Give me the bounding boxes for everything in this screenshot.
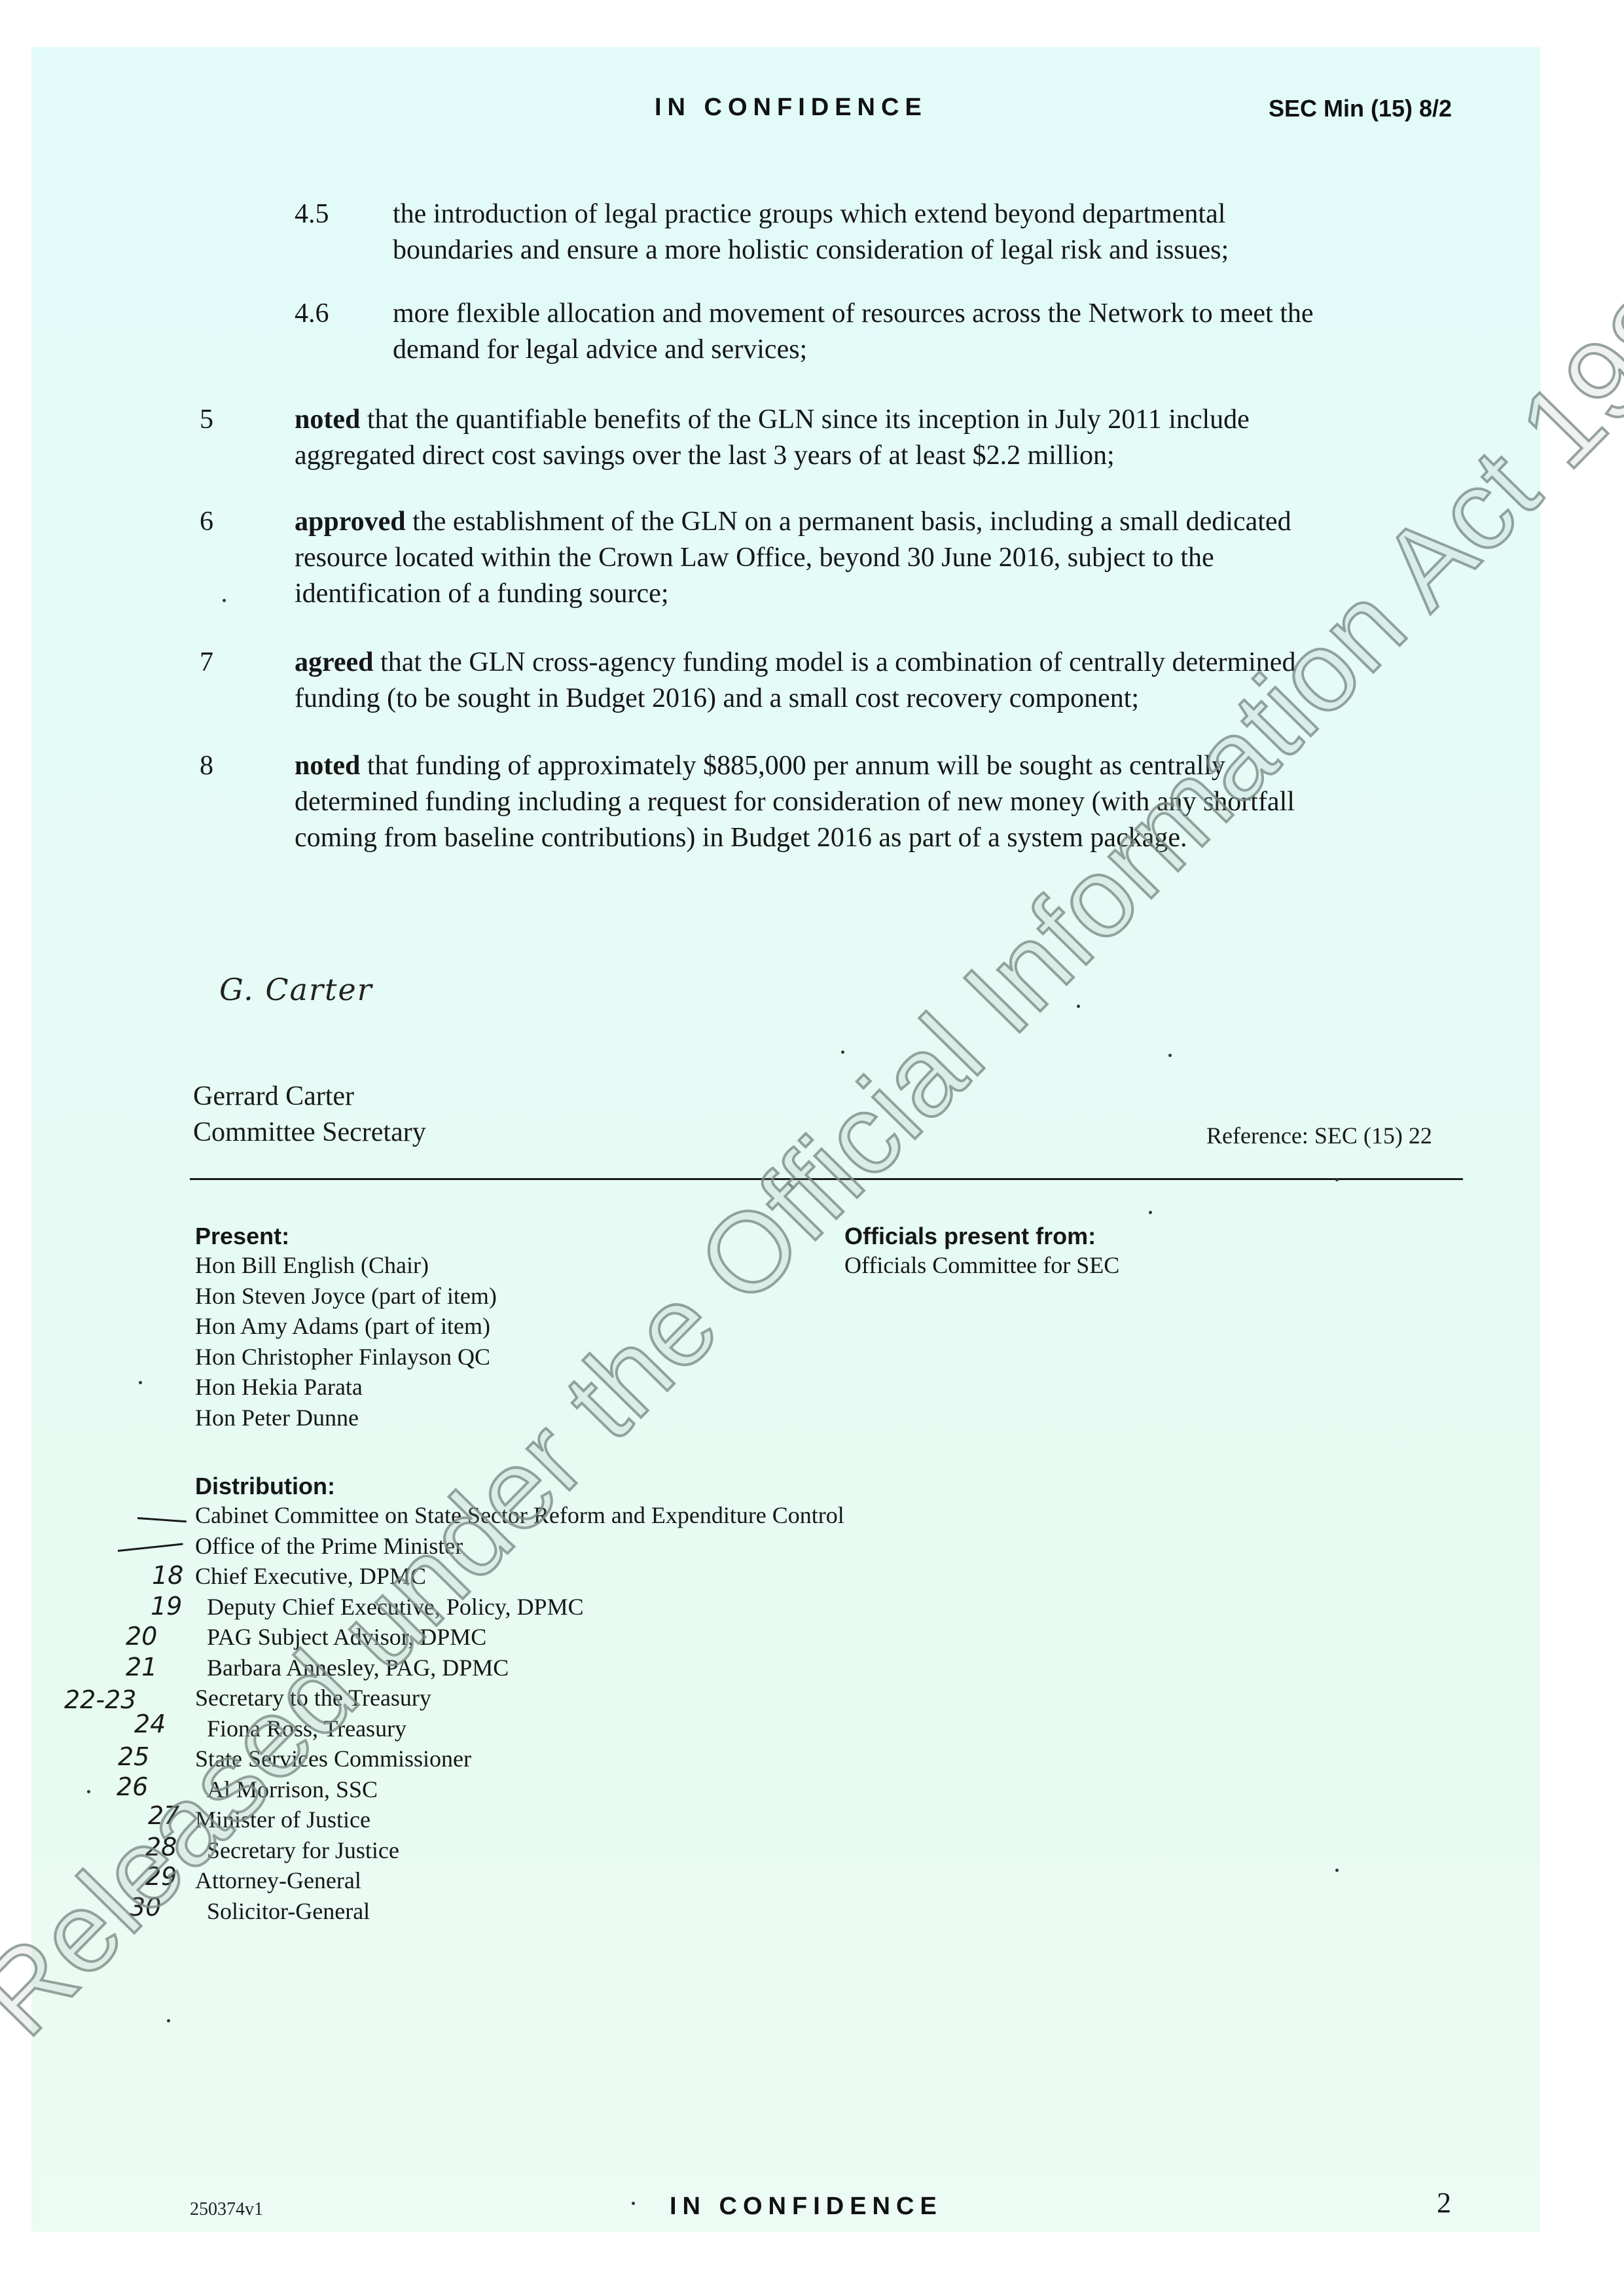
paragraph-text: approved the establishment of the GLN on… [295, 504, 1460, 612]
paragraph-number: 6 [200, 504, 213, 540]
paragraph-number: 7 [200, 645, 213, 681]
text-line: boundaries and ensure a more holistic co… [393, 232, 1506, 268]
handwritten-number: 27 [148, 1801, 179, 1830]
present-list: Hon Bill English (Chair) Hon Steven Joyc… [195, 1250, 497, 1433]
handwritten-number: 22-23 [64, 1685, 136, 1714]
list-item: Cabinet Committee on State Sector Reform… [195, 1500, 844, 1531]
list-item: Al Morrison, SSC [195, 1774, 844, 1805]
scan-speck [1077, 1005, 1080, 1008]
signatory-name: Gerrard Carter [193, 1079, 354, 1115]
list-item: Chief Executive, DPMC [195, 1561, 844, 1592]
list-item: Solicitor-General [195, 1896, 844, 1927]
paragraph-text: noted that the quantifiable benefits of … [295, 402, 1460, 474]
handwritten-signature: G. Carter [219, 972, 373, 1007]
committee-reference: Reference: SEC (15) 22 [1206, 1122, 1432, 1149]
scan-speck [1149, 1211, 1152, 1214]
list-item: Hon Steven Joyce (part of item) [195, 1281, 497, 1312]
text-line: more flexible allocation and movement of… [393, 296, 1506, 332]
distribution-list: Cabinet Committee on State Sector Reform… [195, 1500, 844, 1926]
list-item: Minister of Justice [195, 1804, 844, 1835]
list-item: Hon Bill English (Chair) [195, 1250, 497, 1281]
text-line: noted that funding of approximately $885… [295, 748, 1460, 784]
list-item: Secretary for Justice [195, 1835, 844, 1866]
sub-paragraph-number: 4.5 [295, 196, 329, 232]
text-line: noted that the quantifiable benefits of … [295, 402, 1460, 438]
distribution-heading: Distribution: [195, 1473, 335, 1500]
text-line: approved the establishment of the GLN on… [295, 504, 1460, 540]
text-line: demand for legal advice and services; [393, 332, 1506, 368]
scan-speck [87, 1790, 90, 1793]
footer-classification: IN CONFIDENCE [670, 2193, 943, 2221]
present-heading: Present: [195, 1223, 289, 1250]
handwritten-number: 18 [152, 1561, 183, 1590]
text-line: agreed that the GLN cross-agency funding… [295, 645, 1460, 681]
text-line: identification of a funding source; [295, 576, 1460, 612]
handwritten-number: 29 [145, 1862, 177, 1891]
scan-speck [167, 2019, 170, 2022]
decision-keyword: noted [295, 751, 360, 781]
text-line: resource located within the Crown Law Of… [295, 540, 1460, 576]
list-item: PAG Subject Advisor, DPMC [195, 1622, 844, 1653]
list-item: Fiona Ross, Treasury [195, 1713, 844, 1744]
paragraph-text: noted that funding of approximately $885… [295, 748, 1460, 856]
footer-document-id: 250374v1 [190, 2199, 263, 2220]
decision-keyword: noted [295, 404, 360, 435]
list-item: Hon Peter Dunne [195, 1403, 497, 1433]
scan-speck [1168, 1054, 1172, 1057]
handwritten-number: 20 [126, 1622, 157, 1651]
handwritten-number: 19 [151, 1592, 182, 1621]
officials-heading: Officials present from: [844, 1223, 1096, 1250]
divider-rule [190, 1178, 1463, 1180]
text-line: coming from baseline contributions) in B… [295, 820, 1460, 856]
list-item: Deputy Chief Executive, Policy, DPMC [195, 1592, 844, 1623]
handwritten-number: 26 [117, 1772, 148, 1801]
decision-keyword: agreed [295, 647, 374, 677]
list-item: Hon Christopher Finlayson QC [195, 1342, 497, 1372]
list-item: Attorney-General [195, 1865, 844, 1896]
text-line: determined funding including a request f… [295, 784, 1460, 820]
scan-speck [841, 1050, 844, 1054]
text-line: the introduction of legal practice group… [393, 196, 1506, 232]
paragraph-number: 5 [200, 402, 213, 438]
decision-keyword: approved [295, 507, 406, 537]
list-item: Office of the Prime Minister [195, 1531, 844, 1562]
scan-speck [223, 599, 226, 602]
handwritten-number: 24 [134, 1710, 166, 1738]
paragraph-number: 8 [200, 748, 213, 784]
handwritten-number: 25 [118, 1742, 149, 1771]
list-item: Barbara Annesley, PAG, DPMC [195, 1653, 844, 1683]
page-number: 2 [1437, 2186, 1451, 2219]
text-line: aggregated direct cost savings over the … [295, 438, 1460, 474]
signatory-title: Committee Secretary [193, 1115, 426, 1151]
scan-speck [1335, 1869, 1339, 1872]
sub-paragraph-number: 4.6 [295, 296, 329, 332]
scan-speck [1335, 1178, 1339, 1181]
scan-speck [632, 2202, 635, 2205]
list-item: Officials Committee for SEC [844, 1250, 1119, 1281]
scan-speck [139, 1381, 142, 1384]
text-line: funding (to be sought in Budget 2016) an… [295, 681, 1460, 717]
header-minute-reference: SEC Min (15) 8/2 [1269, 95, 1452, 122]
header-classification: IN CONFIDENCE [655, 94, 928, 122]
list-item: Secretary to the Treasury [195, 1683, 844, 1713]
list-item: State Services Commissioner [195, 1744, 844, 1774]
officials-list: Officials Committee for SEC [844, 1250, 1119, 1281]
handwritten-number: 28 [145, 1833, 177, 1861]
sub-paragraph-text: the introduction of legal practice group… [393, 196, 1506, 268]
paragraph-text: agreed that the GLN cross-agency funding… [295, 645, 1460, 717]
list-item: Hon Hekia Parata [195, 1372, 497, 1403]
sub-paragraph-text: more flexible allocation and movement of… [393, 296, 1506, 368]
list-item: Hon Amy Adams (part of item) [195, 1311, 497, 1342]
handwritten-number: 21 [126, 1653, 157, 1681]
handwritten-number: 30 [130, 1893, 161, 1922]
